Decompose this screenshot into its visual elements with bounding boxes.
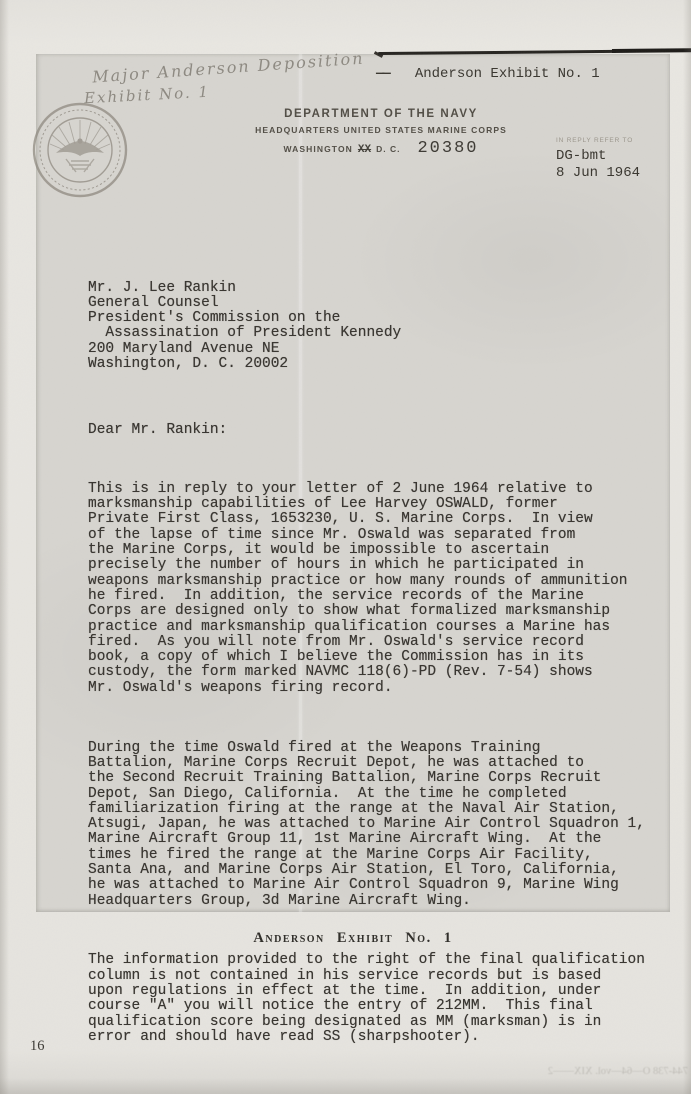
in-reply-refer-to-label: IN REPLY REFER TO (556, 137, 640, 144)
typed-exhibit-heading: ——Anderson Exhibit No. 1 (376, 66, 600, 82)
exhibit-label: Anderson Exhibit No. 1 (415, 66, 600, 82)
scan-page: Major Anderson Deposition Exhibit No. 1 … (0, 0, 691, 1094)
paragraph-2: During the time Oswald fired at the Weap… (88, 741, 673, 909)
letter-body: Mr. J. Lee Rankin General Counsel Presid… (88, 250, 673, 1090)
letterhead-state: D. C. (376, 144, 400, 154)
reply-reference-code: DG-bmt (556, 148, 640, 164)
letterhead-zip-code: 20380 (417, 139, 478, 158)
bleedthrough-print-line: 744-738 O—64—vol. XIX——2 (478, 1066, 688, 1077)
exhibit-dash: —— (376, 66, 389, 82)
recipient-address-block: Mr. J. Lee Rankin General Counsel Presid… (88, 281, 673, 373)
letterhead-overstrike: XX (358, 144, 371, 156)
paragraph-1: This is in reply to your letter of 2 Jun… (88, 482, 673, 696)
exhibit-caption: Anderson Exhibit No. 1 (36, 930, 670, 947)
paragraph-3: The information provided to the right of… (88, 953, 673, 1045)
reply-reference-block: IN REPLY REFER TO DG-bmt 8 Jun 1964 (556, 137, 640, 181)
letterhead-department: DEPARTMENT OF THE NAVY (236, 108, 526, 120)
page-number: 16 (30, 1038, 45, 1055)
salutation: Dear Mr. Rankin: (88, 423, 673, 438)
letterhead: DEPARTMENT OF THE NAVY HEADQUARTERS UNIT… (236, 108, 526, 158)
letterhead-city-row: WASHINGTON XX D. C. 20380 (236, 139, 526, 158)
scan-edge-right (683, 0, 691, 1094)
department-of-defense-seal (30, 100, 130, 200)
scan-edge-bottom (0, 1078, 691, 1094)
letterhead-city: WASHINGTON (284, 144, 353, 154)
letter-date: 8 Jun 1964 (556, 165, 640, 181)
letterhead-headquarters: HEADQUARTERS UNITED STATES MARINE CORPS (236, 125, 526, 135)
scan-edge-left (0, 0, 9, 1094)
